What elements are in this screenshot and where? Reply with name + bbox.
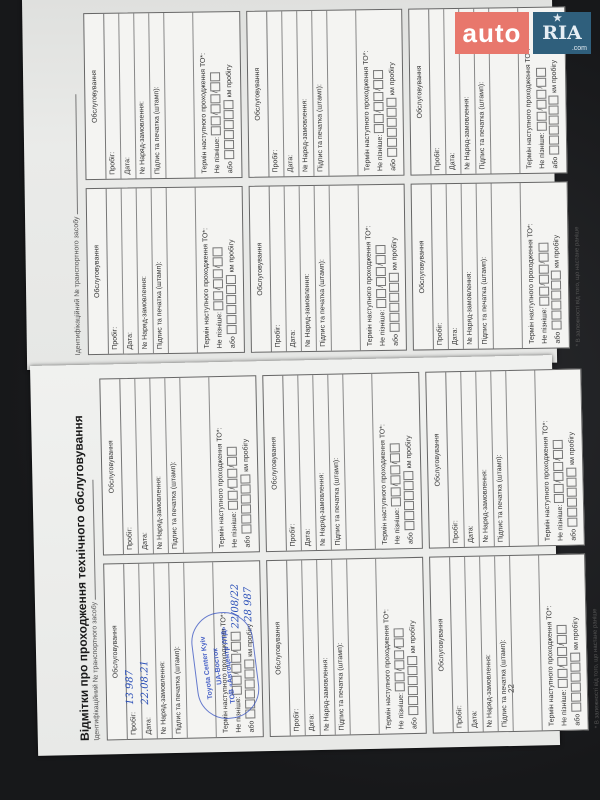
service-record-card: Обслуговування Пробіг: Дата: № Наряд-зам… [429,553,589,733]
date-handwritten: 22.08.21 [139,660,151,705]
watermark-auto: auto [455,12,529,54]
watermark-ria: ★ RIA .com [533,12,591,54]
next-km-handwritten: 28 987 [243,587,255,622]
mileage-handwritten: 13 987 [124,670,136,705]
service-cards-grid: Обслуговування Пробіг: Дата: № Наряд-зам… [83,2,570,359]
km-boxes [551,270,564,330]
card-heading: Обслуговування [87,189,109,354]
km-boxes [570,652,583,712]
service-record-card: Обслуговування Пробіг: Дата: № Наряд-зам… [262,372,422,552]
service-book-left-page: Відмітки про проходження технічного обсл… [30,355,560,756]
date-boxes: // [556,624,569,688]
next-service-block: Термін наступного проходження ТО*: Не пі… [372,373,421,549]
service-record-card: Обслуговування Пробіг: Дата: № Наряд-зам… [411,181,570,350]
stamp-area [329,185,360,350]
date-boxes: // [210,71,223,135]
vehicle-id-label: Ідентифікаційний № транспортного засобу [91,602,101,741]
date-boxes: // [394,627,407,691]
km-boxes [240,474,253,534]
card-heading: Обслуговування [84,14,106,179]
stamp-area [510,555,543,731]
stamp-area [506,370,539,546]
service-record-card: Обслуговування Пробіг: Дата: № Наряд-зам… [246,9,405,178]
next-service-block: Термін наступного проходження ТО*: Не пі… [521,182,569,348]
next-service-block: Термін наступного проходження ТО*: Не пі… [539,554,588,730]
next-service-block: Термін наступного проходження ТО*: Не пі… [356,10,404,176]
km-boxes [403,470,416,530]
service-record-card: Обслуговування Пробіг: Дата: № Наряд-зам… [86,186,245,355]
star-icon: ★ [553,13,562,24]
service-record-card: Обслуговування Пробіг:13 987 Дата:22.08.… [103,560,264,740]
service-book-right-page: Ідентифікаційний № транспортного засобу … [22,0,557,370]
page-number: 22 [507,684,516,693]
date-boxes: // [212,246,225,310]
autoria-watermark: auto ★ RIA .com [455,12,591,54]
card-heading: Обслуговування [412,184,434,349]
date-boxes: // [373,69,386,133]
stamp-area [164,13,195,178]
date-boxes: // [390,442,403,506]
date-boxes: // [375,244,388,308]
km-boxes [549,95,562,155]
service-record-card: Обслуговування Пробіг: Дата: № Наряд-зам… [425,368,585,548]
km-boxes [386,97,399,157]
left-page-content: Відмітки про проходження технічного обсл… [70,365,548,745]
next-service-block: Термін наступного проходження ТО*: Не пі… [193,12,241,178]
stamp-area [492,183,523,348]
next-service-block: Термін наступного проходження ТО*: Не пі… [209,376,258,552]
card-heading: Обслуговування [247,12,269,177]
date-boxes: // [538,241,551,305]
next-service-block: Термін наступного проходження ТО*: Не пі… [376,558,425,734]
stamp-area [180,377,213,553]
km-boxes [226,274,239,334]
date-boxes: // [552,439,565,503]
service-record-card: Обслуговування Пробіг: Дата: № Наряд-зам… [99,375,260,555]
date-boxes: // [535,66,548,130]
next-service-block: Термін наступного проходження ТО*: Не пі… [535,369,584,545]
service-record-card: Обслуговування Пробіг: Дата: № Наряд-зам… [248,184,407,353]
service-record-card: Обслуговування Пробіг: Дата: № Наряд-зам… [266,557,426,737]
stamp-area: Toyota Center KyivUA-ВостокТОВ «Автоцент… [184,562,217,738]
stamp-area [347,559,380,735]
stamp-area [327,10,358,175]
next-service-block: Термін наступного проходження ТО*: Не пі… [196,187,244,353]
vehicle-id-line: Ідентифікаційний № транспортного засобу [70,9,82,355]
km-boxes [407,655,420,715]
km-boxes [388,272,401,332]
km-boxes [566,467,579,527]
stamp-area [343,374,376,550]
service-record-card: Обслуговування Пробіг: Дата: № Наряд-зам… [83,11,242,180]
vehicle-id-label: Ідентифікаційний № транспортного засобу [73,216,82,355]
right-page-content: Ідентифікаційний № транспортного засобу … [68,3,543,360]
card-heading: Обслуговування [249,187,271,352]
date-boxes: // [227,445,240,509]
card-heading: Обслуговування [410,9,432,174]
next-service-block: Термін наступного проходження ТО*: Не пі… [358,185,406,351]
km-boxes [223,99,236,159]
stamp-area [167,188,198,353]
